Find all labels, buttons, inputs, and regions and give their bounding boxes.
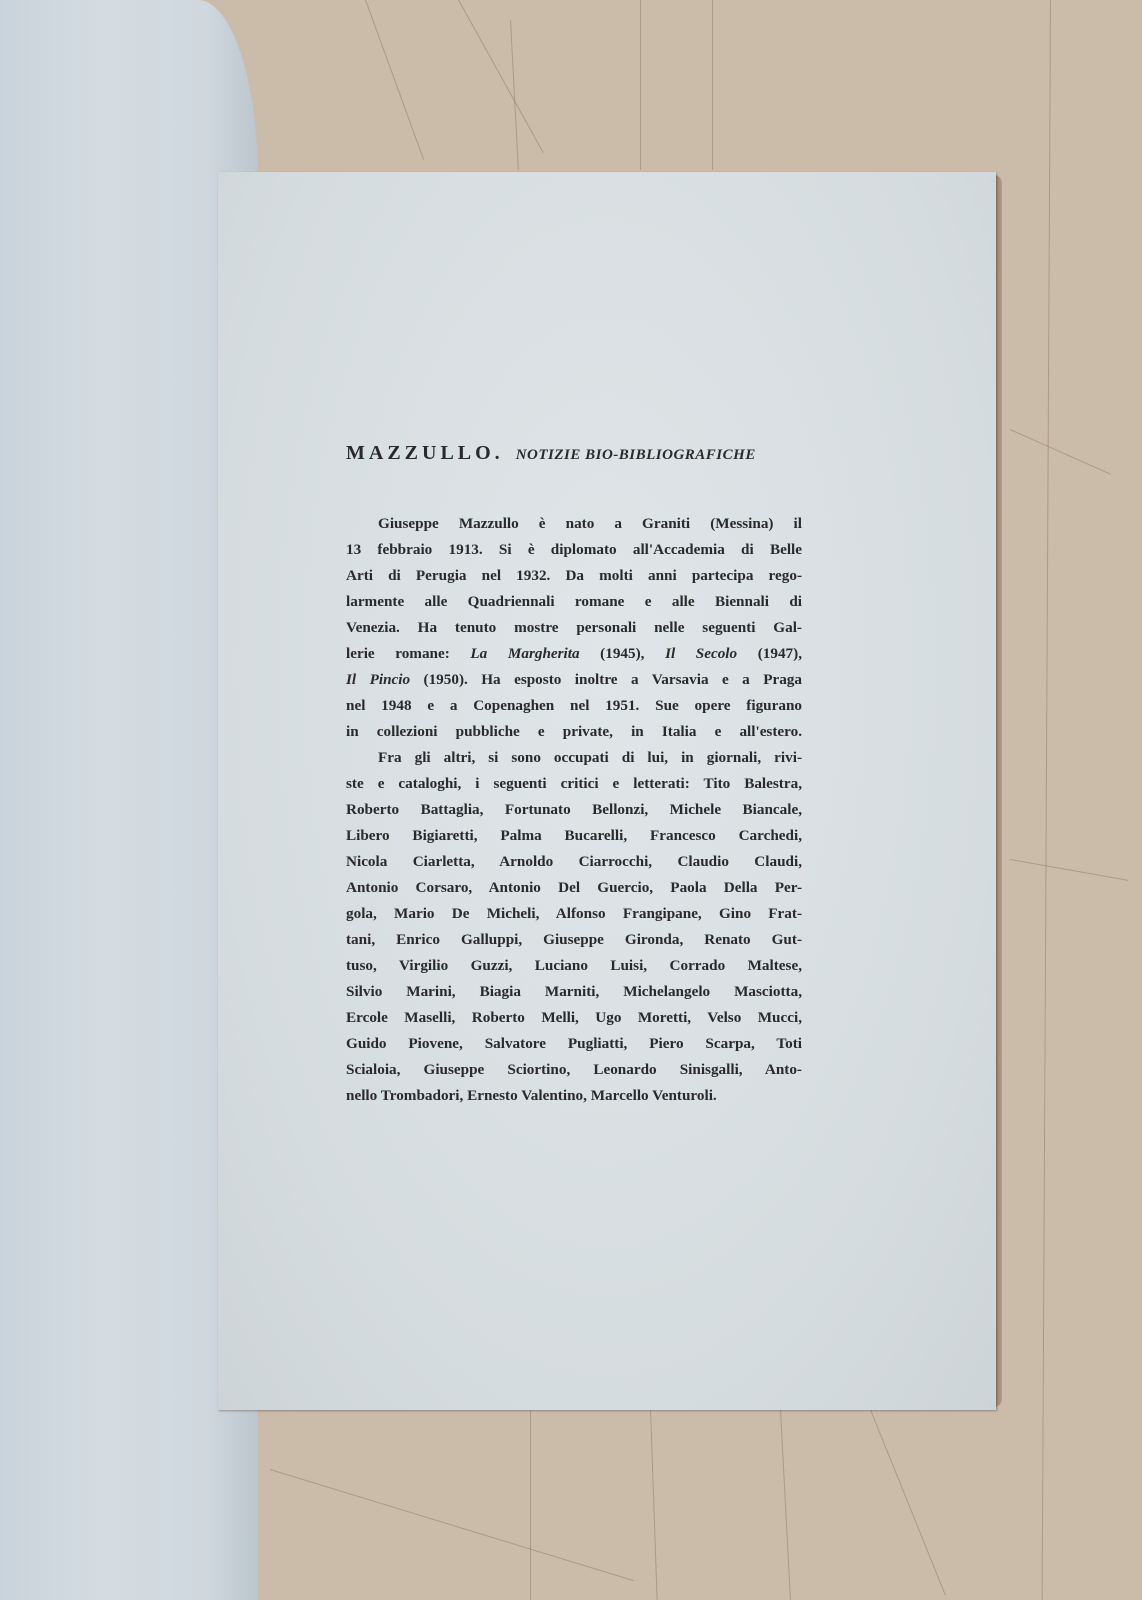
text-line: lerie romane: La Margherita (1945), Il S… <box>346 641 802 667</box>
text-fragment: lerie romane: <box>346 645 470 662</box>
text-line: gola, Mario De Micheli, Alfonso Frangipa… <box>346 901 802 927</box>
scratch-line <box>650 1410 658 1600</box>
paragraph-biography: Giuseppe Mazzullo è nato a Graniti (Mess… <box>346 511 802 745</box>
text-line: Venezia. Ha tenuto mostre personali nell… <box>346 615 802 641</box>
scratch-line <box>1042 0 1051 1600</box>
text-line: Antonio Corsaro, Antonio Del Guercio, Pa… <box>346 875 802 901</box>
text-line: Guido Piovene, Salvatore Pugliatti, Pier… <box>346 1031 802 1057</box>
scratch-line <box>1010 429 1111 475</box>
text-fragment: (1947), <box>737 645 802 662</box>
text-line: nel 1948 e a Copenaghen nel 1951. Sue op… <box>346 693 802 719</box>
text-line: Arti di Perugia nel 1932. Da molti anni … <box>346 563 802 589</box>
scratch-line <box>270 1469 634 1581</box>
gallery-name: Il Secolo <box>665 645 737 662</box>
scratch-line <box>640 0 641 170</box>
text-line: Ercole Maselli, Roberto Melli, Ugo Moret… <box>346 1005 802 1031</box>
text-line: Roberto Battaglia, Fortunato Bellonzi, M… <box>346 797 802 823</box>
page-title: MAZZULLO. NOTIZIE BIO-BIBLIOGRAFICHE <box>346 442 802 465</box>
scratch-line <box>780 1410 791 1600</box>
text-line: Fra gli altri, si sono occupati di lui, … <box>346 745 802 771</box>
gallery-name: La Margherita <box>470 645 579 662</box>
text-line: Nicola Ciarletta, Arnoldo Ciarrocchi, Cl… <box>346 849 802 875</box>
gallery-name: Il Pincio <box>346 671 410 688</box>
text-line: tani, Enrico Galluppi, Giuseppe Gironda,… <box>346 927 802 953</box>
text-line: tuso, Virgilio Guzzi, Luciano Luisi, Cor… <box>346 953 802 979</box>
text-line: ste e cataloghi, i seguenti critici e le… <box>346 771 802 797</box>
text-fragment: (1945), <box>580 645 665 662</box>
scratch-line <box>458 0 544 153</box>
text-block: MAZZULLO. NOTIZIE BIO-BIBLIOGRAFICHE Giu… <box>346 442 802 1109</box>
text-line: Silvio Marini, Biagia Marniti, Michelang… <box>346 979 802 1005</box>
text-line: in collezioni pubbliche e private, in It… <box>346 719 802 745</box>
paragraph-critics: Fra gli altri, si sono occupati di lui, … <box>346 745 802 1109</box>
text-line: Scialoia, Giuseppe Sciortino, Leonardo S… <box>346 1057 802 1083</box>
scratch-line <box>1010 859 1128 881</box>
scratch-line <box>365 0 424 160</box>
text-line: 13 febbraio 1913. Si è diplomato all'Acc… <box>346 537 802 563</box>
scratch-line <box>712 0 713 170</box>
text-line: Libero Bigiaretti, Palma Bucarelli, Fran… <box>346 823 802 849</box>
text-line: nello Trombadori, Ernesto Valentino, Mar… <box>346 1083 802 1109</box>
scratch-line <box>530 1410 531 1600</box>
text-line: Il Pincio (1950). Ha esposto inoltre a V… <box>346 667 802 693</box>
title-name: MAZZULLO. <box>346 442 504 464</box>
title-subtitle: NOTIZIE BIO-BIBLIOGRAFICHE <box>516 447 756 463</box>
scratch-line <box>870 1410 946 1596</box>
book-page: MAZZULLO. NOTIZIE BIO-BIBLIOGRAFICHE Giu… <box>218 172 996 1410</box>
text-line: larmente alle Quadriennali romane e alle… <box>346 589 802 615</box>
text-fragment: (1950). Ha esposto inoltre a Varsavia e … <box>410 671 802 688</box>
text-line: Giuseppe Mazzullo è nato a Graniti (Mess… <box>346 511 802 537</box>
